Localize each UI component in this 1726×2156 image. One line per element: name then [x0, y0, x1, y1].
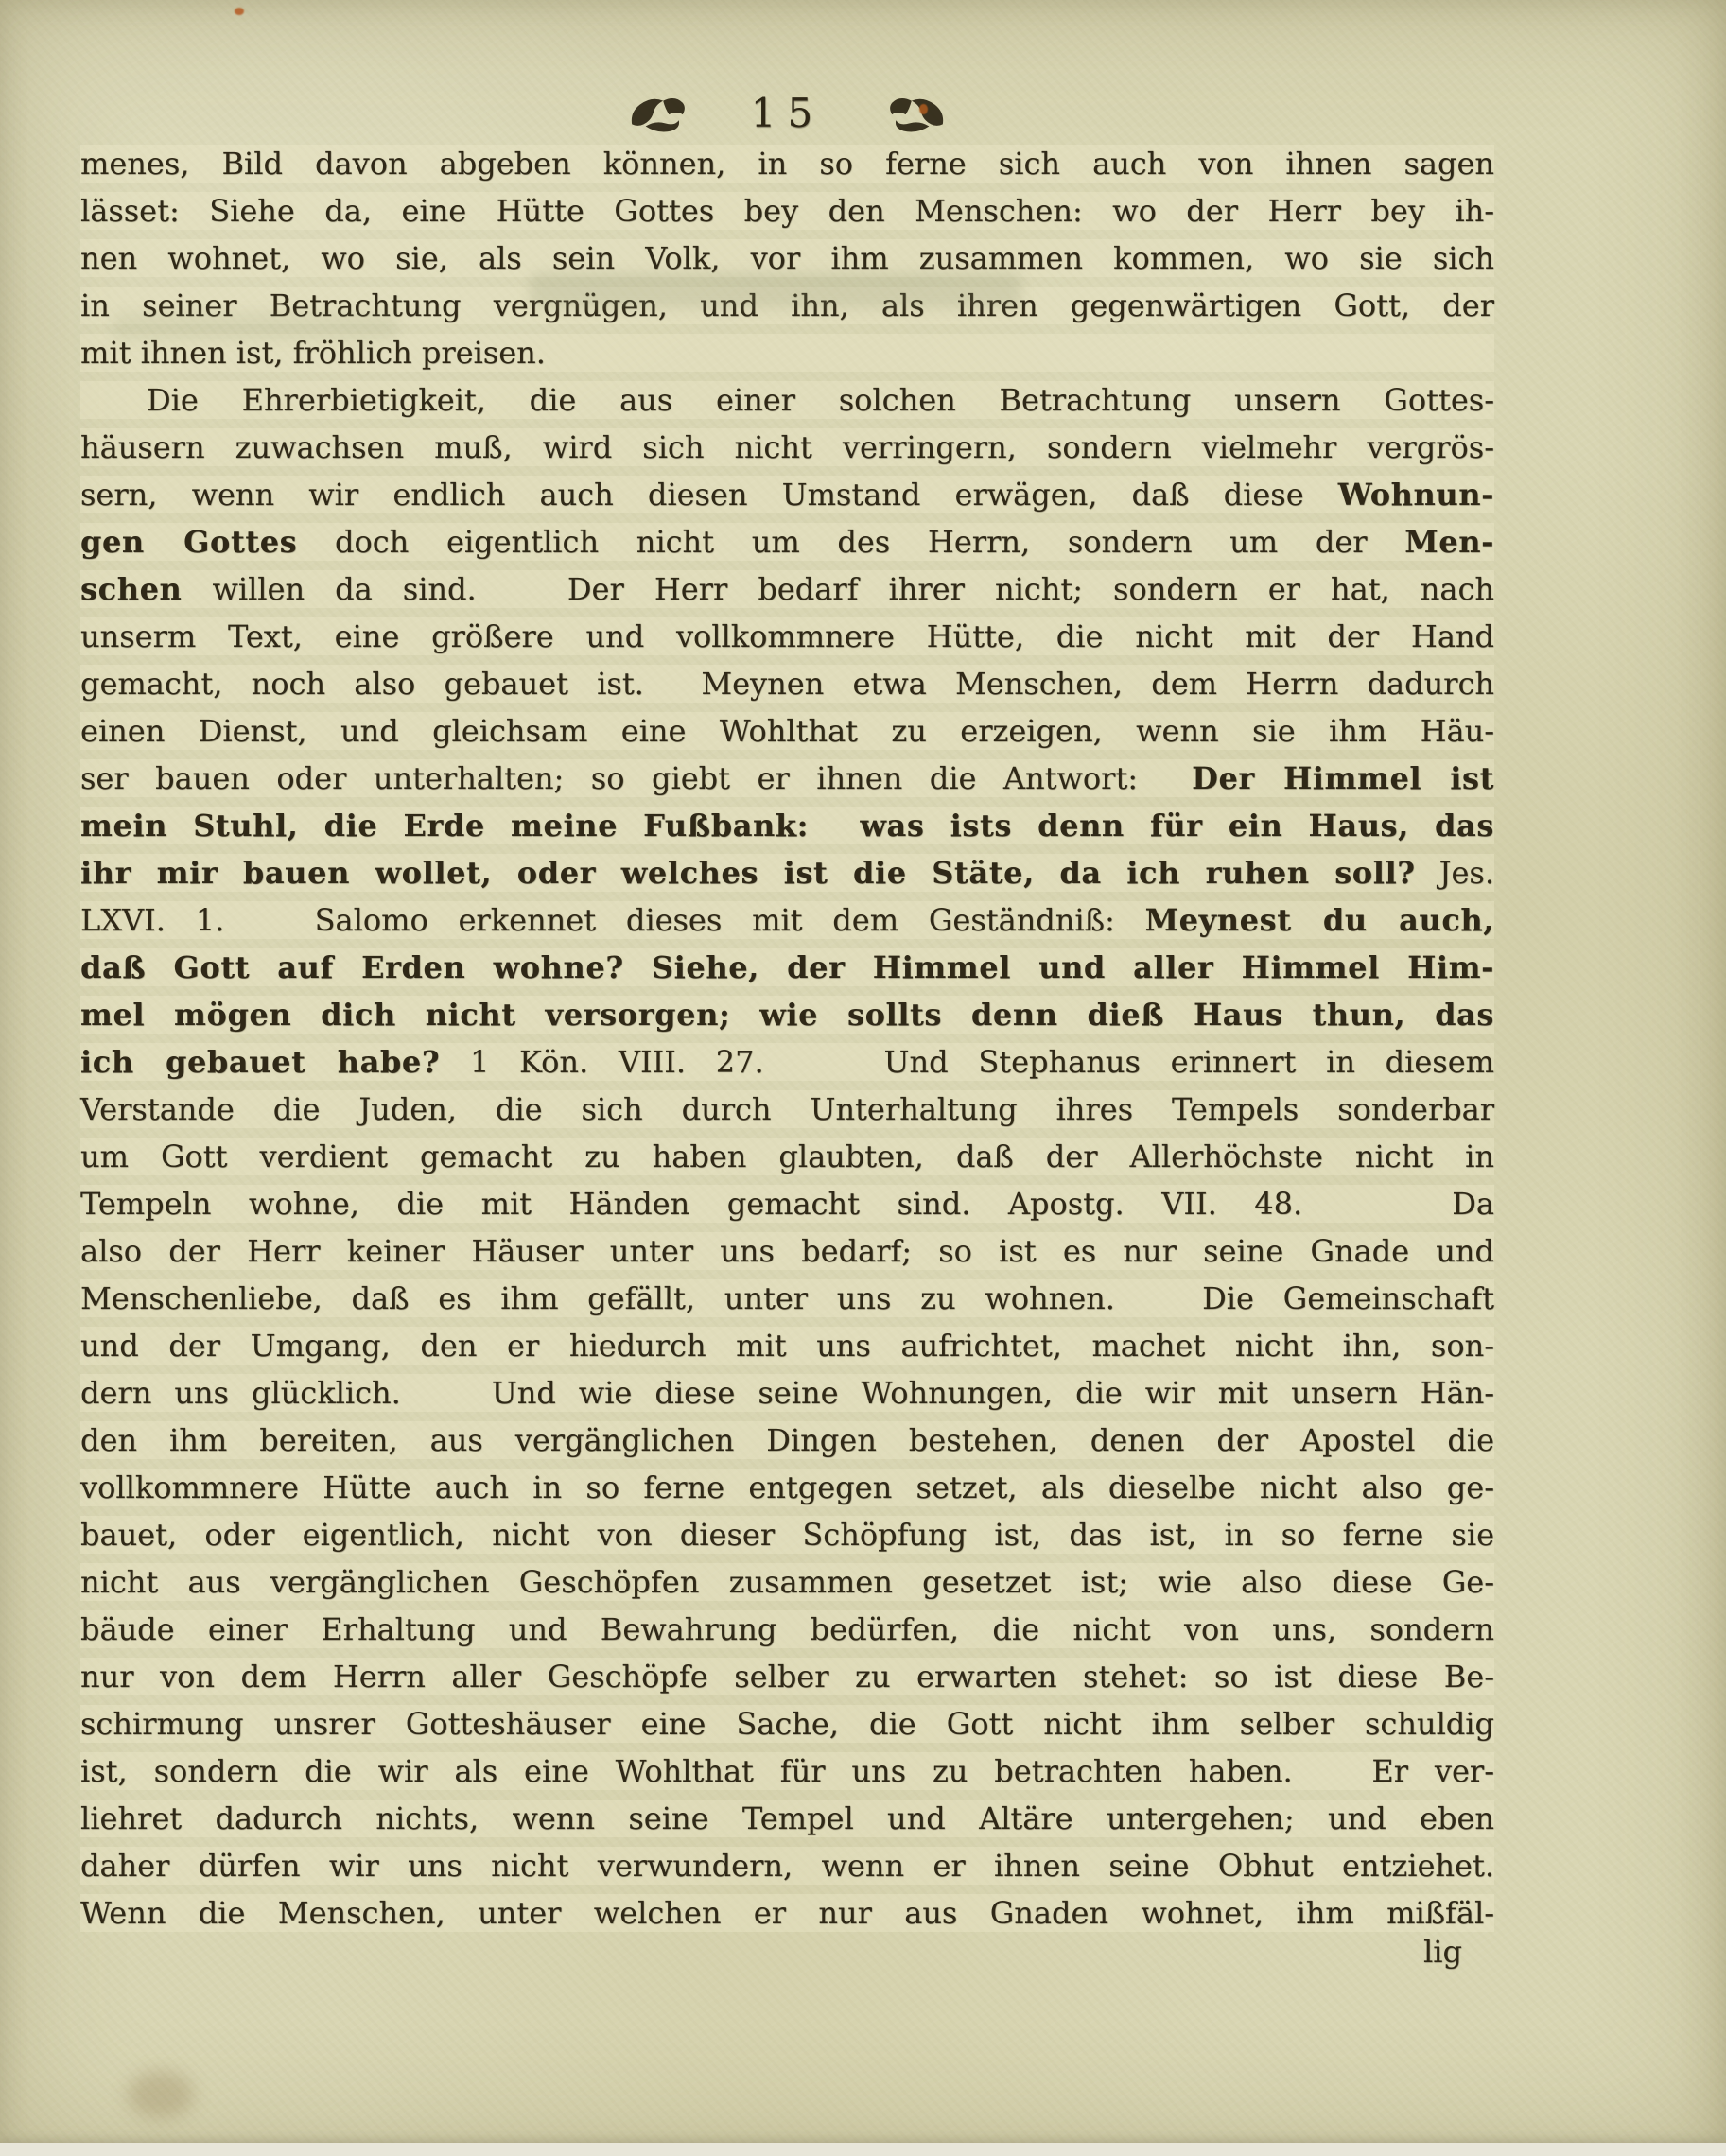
- text-line: daß Gott auf Erden wohne? Siehe, der Him…: [80, 944, 1494, 991]
- text-line: bauet, oder eigentlich, nicht von dieser…: [80, 1511, 1494, 1558]
- text-line: Tempeln wohne, die mit Händen gemacht si…: [80, 1180, 1494, 1227]
- text-line: ser bauen oder unterhalten; so giebt er …: [80, 755, 1494, 802]
- page-number: 15: [751, 90, 824, 136]
- catchword: lig: [80, 1931, 1494, 1973]
- text-line: Wenn die Menschen, unter welchen er nur …: [80, 1889, 1494, 1937]
- text-line: den ihm bereiten, aus vergänglichen Ding…: [80, 1417, 1494, 1464]
- text-line: um Gott verdient gemacht zu haben glaubt…: [80, 1133, 1494, 1180]
- text-line: mein Stuhl, die Erde meine Fußbank: was …: [80, 802, 1494, 849]
- text-line: daher dürfen wir uns nicht verwundern, w…: [80, 1842, 1494, 1889]
- text-line: bäude einer Erhaltung und Bewahrung bedü…: [80, 1606, 1494, 1653]
- text-line: liehret dadurch nichts, wenn seine Tempe…: [80, 1795, 1494, 1842]
- text-line: nur von dem Herrn aller Geschöpfe selber…: [80, 1653, 1494, 1700]
- paper-speck: [919, 104, 928, 114]
- ink-bleedthrough: [530, 272, 1021, 308]
- text-line: nicht aus vergänglichen Geschöpfen zusam…: [80, 1558, 1494, 1606]
- text-line: gemacht, noch also gebauet ist. Meynen e…: [80, 660, 1494, 707]
- fleuron-left-icon: [626, 91, 689, 134]
- scanned-page: 15 menes, Bild davon abgeben können, in …: [0, 0, 1726, 2156]
- text-line: ist, sondern die wir als eine Wohlthat f…: [80, 1747, 1494, 1795]
- text-line: sern, wenn wir endlich auch diesen Umsta…: [80, 471, 1494, 518]
- text-line: Menschenliebe, daß es ihm gefällt, unter…: [80, 1275, 1494, 1322]
- text-line: schen willen da sind. Der Herr bedarf ih…: [80, 565, 1494, 613]
- text-line: ich gebauet habe? 1 Kön. VIII. 27. Und S…: [80, 1038, 1494, 1086]
- ink-bleedthrough: [113, 312, 397, 340]
- text-line: einen Dienst, und gleichsam eine Wohltha…: [80, 707, 1494, 755]
- text-line: ihr mir bauen wollet, oder welches ist d…: [80, 849, 1494, 896]
- fleuron-right-icon: [886, 91, 949, 134]
- text-line: mel mögen dich nicht versorgen; wie soll…: [80, 991, 1494, 1038]
- text-line: Die Ehrerbietigkeit, die aus einer solch…: [80, 376, 1494, 424]
- text-line: lässet: Siehe da, eine Hütte Gottes bey …: [80, 187, 1494, 235]
- text-line: also der Herr keiner Häuser unter uns be…: [80, 1227, 1494, 1275]
- text-line: Verstande die Juden, die sich durch Unte…: [80, 1086, 1494, 1133]
- text-line: gen Gottes doch eigentlich nicht um des …: [80, 518, 1494, 565]
- text-line: unserm Text, eine größere und vollkommne…: [80, 613, 1494, 660]
- text-line: und der Umgang, den er hiedurch mit uns …: [80, 1322, 1494, 1369]
- text-block: menes, Bild davon abgeben können, in so …: [80, 140, 1494, 1937]
- paper-smudge: [128, 2071, 194, 2118]
- text-line: dern uns glücklich. Und wie diese seine …: [80, 1369, 1494, 1417]
- scan-edge: [0, 2143, 1726, 2156]
- text-line: vollkommnere Hütte auch in so ferne entg…: [80, 1464, 1494, 1511]
- text-line: menes, Bild davon abgeben können, in so …: [80, 140, 1494, 187]
- text-line: schirmung unsrer Gotteshäuser eine Sache…: [80, 1700, 1494, 1747]
- paper-speck: [235, 8, 244, 15]
- text-line: häusern zuwachsen muß, wird sich nicht v…: [80, 424, 1494, 471]
- page-header: 15: [80, 83, 1494, 142]
- text-line: LXVI. 1. Salomo erkennet dieses mit dem …: [80, 896, 1494, 944]
